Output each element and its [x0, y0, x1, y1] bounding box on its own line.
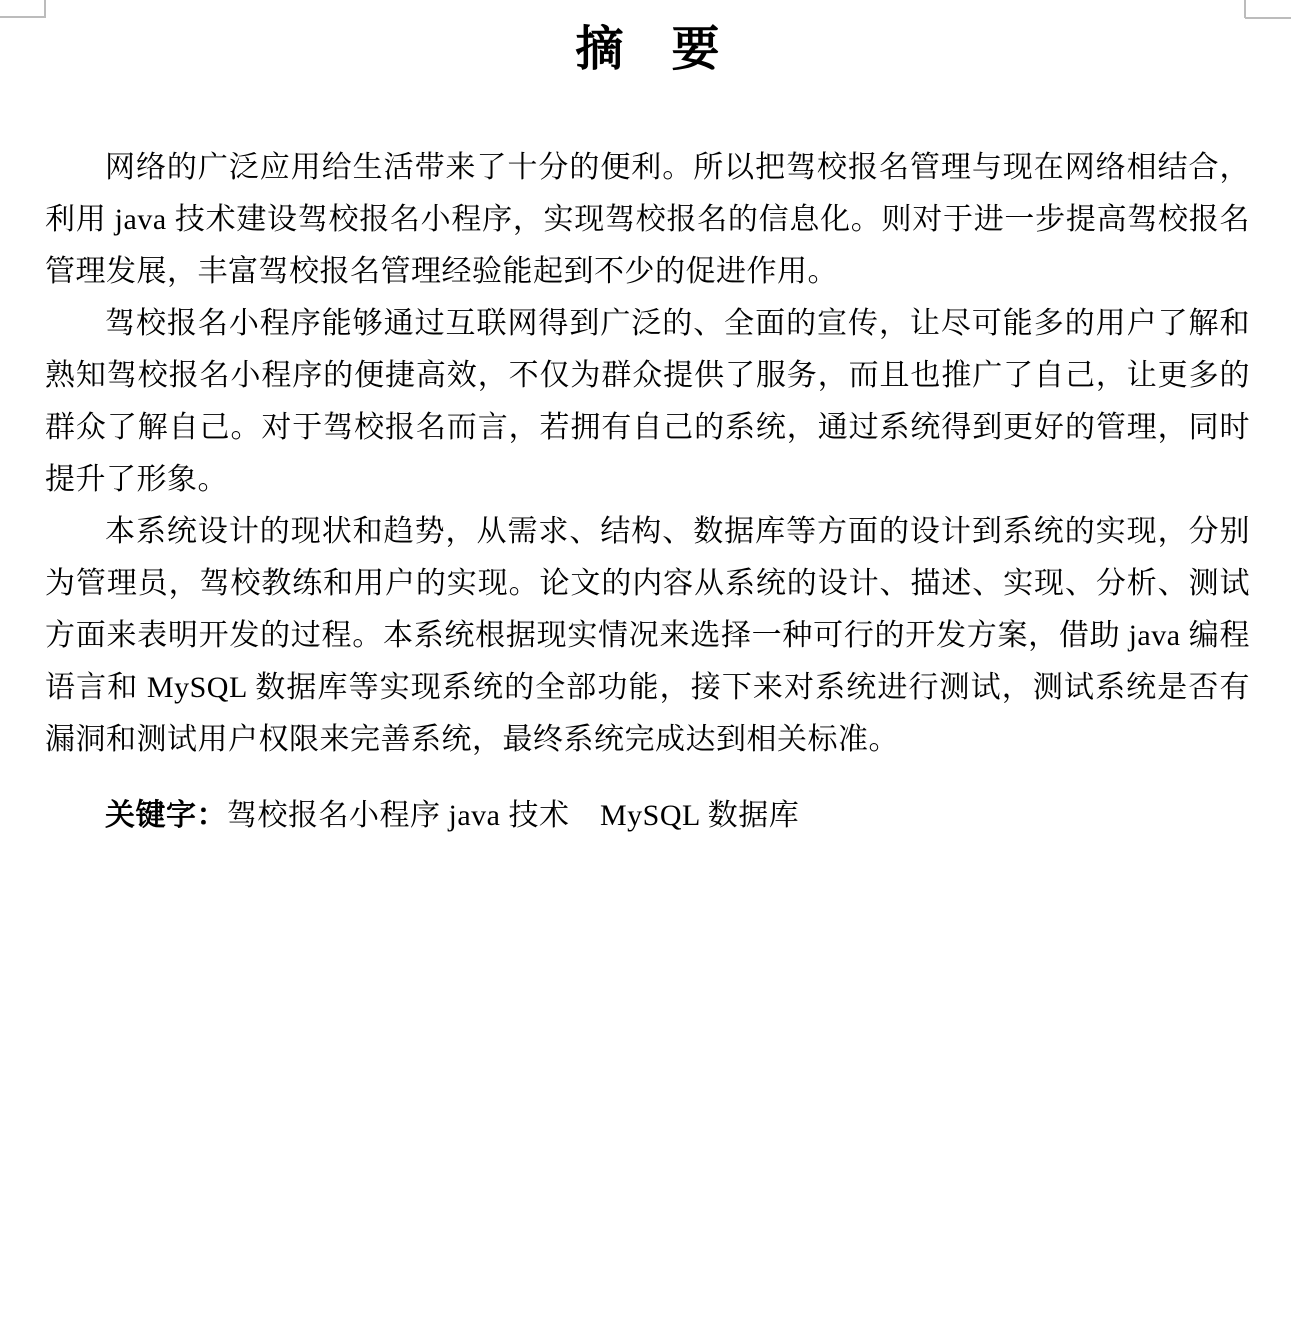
page-title: 摘 要 [45, 16, 1250, 84]
keywords-label: 关键字： [105, 799, 227, 832]
keywords-text: 驾校报名小程序 java 技术 MySQL 数据库 [227, 799, 799, 832]
margin-corner-mark-top-left-horizontal [0, 16, 46, 18]
page-content: 摘 要 网络的广泛应用给生活带来了十分的便利。所以把驾校报名管理与现在网络相结合… [45, 0, 1250, 842]
margin-corner-mark-top-right-horizontal [1245, 17, 1291, 19]
abstract-paragraph-3: 本系统设计的现状和趋势，从需求、结构、数据库等方面的设计到系统的实现，分别为管理… [45, 506, 1250, 766]
document-page: 摘 要 网络的广泛应用给生活带来了十分的便利。所以把驾校报名管理与现在网络相结合… [0, 0, 1313, 1336]
abstract-paragraph-2: 驾校报名小程序能够通过互联网得到广泛的、全面的宣传，让尽可能多的用户了解和熟知驾… [45, 298, 1250, 506]
abstract-paragraph-1: 网络的广泛应用给生活带来了十分的便利。所以把驾校报名管理与现在网络相结合，利用 … [45, 142, 1250, 298]
keywords-line: 关键字：驾校报名小程序 java 技术 MySQL 数据库 [45, 790, 1250, 842]
